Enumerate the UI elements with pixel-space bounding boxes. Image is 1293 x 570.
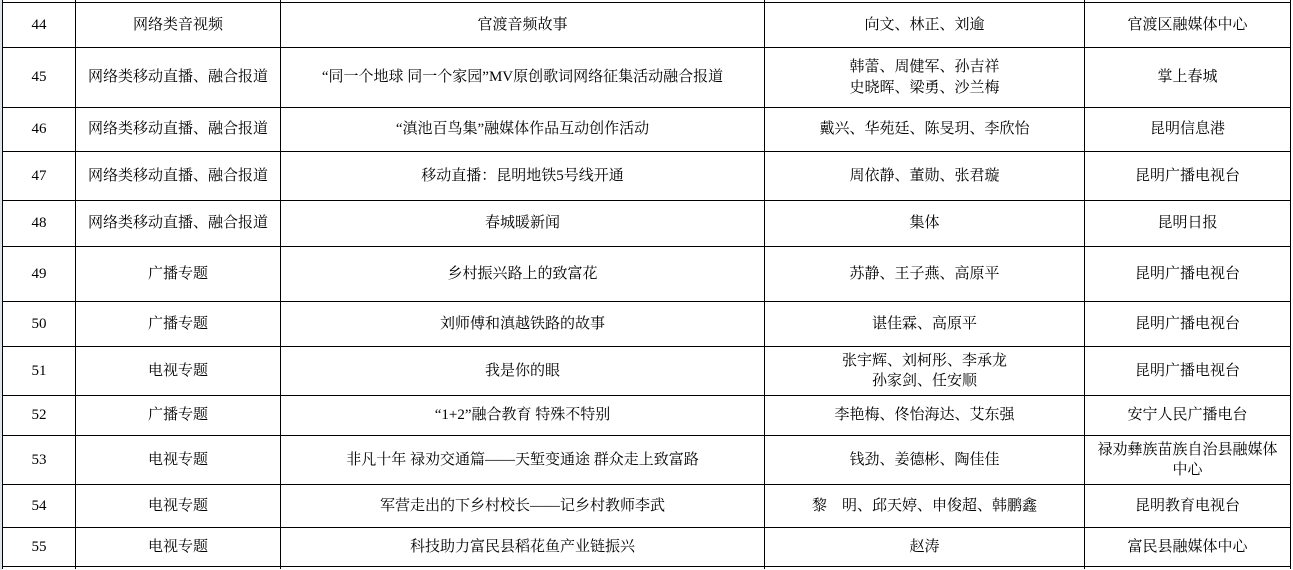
title-cell: 军营走出的下乡村校长——记乡村教师李武 xyxy=(281,485,765,528)
table-row: 55 电视专题 科技助力富民县稻花鱼产业链振兴 赵涛 富民县融媒体中心 xyxy=(3,528,1291,567)
authors-cell: 戴兴、华苑廷、陈旻玥、李欣怡 xyxy=(765,108,1085,152)
row-number-cell: 46 xyxy=(3,108,76,152)
org-cell: 禄劝彝族苗族自治县融媒体中心 xyxy=(1085,436,1291,485)
org-cell: 昆明教育电视台 xyxy=(1085,485,1291,528)
org-cell: 昆明日报 xyxy=(1085,201,1291,247)
title-cell: “1+2”融合教育 特殊不特别 xyxy=(281,396,765,436)
row-number-cell: 44 xyxy=(3,3,76,48)
category-cell: 网络类移动直播、融合报道 xyxy=(76,152,281,201)
title-cell: 官渡音频故事 xyxy=(281,3,765,48)
partial-cell xyxy=(3,567,76,570)
row-number-cell: 50 xyxy=(3,302,76,347)
row-number-cell: 55 xyxy=(3,528,76,567)
row-number-cell: 52 xyxy=(3,396,76,436)
row-number-cell: 49 xyxy=(3,247,76,302)
authors-cell: 谌佳霖、高原平 xyxy=(765,302,1085,347)
row-number-cell: 53 xyxy=(3,436,76,485)
row-number-cell: 54 xyxy=(3,485,76,528)
row-number-cell: 51 xyxy=(3,347,76,396)
category-cell: 电视专题 xyxy=(76,485,281,528)
row-number-cell: 47 xyxy=(3,152,76,201)
table-row: 51 电视专题 我是你的眼 张宇辉、刘柯彤、李承龙 孙家剑、任安顺 昆明广播电视… xyxy=(3,347,1291,396)
category-cell: 广播专题 xyxy=(76,302,281,347)
title-cell: 乡村振兴路上的致富花 xyxy=(281,247,765,302)
partial-cell xyxy=(1085,567,1291,570)
category-cell: 电视专题 xyxy=(76,528,281,567)
partial-cell xyxy=(76,567,281,570)
title-cell: 我是你的眼 xyxy=(281,347,765,396)
title-cell: “同一个地球 同一个家园”MV原创歌词网络征集活动融合报道 xyxy=(281,48,765,108)
category-cell: 电视专题 xyxy=(76,347,281,396)
table-row: 50 广播专题 刘师傅和滇越铁路的故事 谌佳霖、高原平 昆明广播电视台 xyxy=(3,302,1291,347)
authors-cell: 韩蕾、周健军、孙吉祥 史晓晖、梁勇、沙兰梅 xyxy=(765,48,1085,108)
category-cell: 电视专题 xyxy=(76,436,281,485)
org-cell: 安宁人民广播电台 xyxy=(1085,396,1291,436)
org-cell: 昆明广播电视台 xyxy=(1085,247,1291,302)
title-cell: 刘师傅和滇越铁路的故事 xyxy=(281,302,765,347)
org-cell: 昆明信息港 xyxy=(1085,108,1291,152)
table-row: 53 电视专题 非凡十年 禄劝交通篇——天堑变通途 群众走上致富路 钱劲、姜德彬… xyxy=(3,436,1291,485)
title-cell: 春城暖新闻 xyxy=(281,201,765,247)
title-cell: 非凡十年 禄劝交通篇——天堑变通途 群众走上致富路 xyxy=(281,436,765,485)
authors-cell: 赵涛 xyxy=(765,528,1085,567)
title-cell: 移动直播：昆明地铁5号线开通 xyxy=(281,152,765,201)
table-row: 46 网络类移动直播、融合报道 “滇池百鸟集”融媒体作品互动创作活动 戴兴、华苑… xyxy=(3,108,1291,152)
category-cell: 网络类移动直播、融合报道 xyxy=(76,48,281,108)
authors-cell: 集体 xyxy=(765,201,1085,247)
org-cell: 富民县融媒体中心 xyxy=(1085,528,1291,567)
table-row: 52 广播专题 “1+2”融合教育 特殊不特别 李艳梅、佟怡海达、艾东强 安宁人… xyxy=(3,396,1291,436)
title-cell: 科技助力富民县稻花鱼产业链振兴 xyxy=(281,528,765,567)
category-cell: 网络类音视频 xyxy=(76,3,281,48)
table-row: 45 网络类移动直播、融合报道 “同一个地球 同一个家园”MV原创歌词网络征集活… xyxy=(3,48,1291,108)
org-cell: 昆明广播电视台 xyxy=(1085,152,1291,201)
awards-table: 44 网络类音视频 官渡音频故事 向文、林正、刘逾 官渡区融媒体中心 45 网络… xyxy=(2,0,1291,569)
partial-row-below xyxy=(3,567,1291,570)
authors-cell: 向文、林正、刘逾 xyxy=(765,3,1085,48)
category-cell: 广播专题 xyxy=(76,396,281,436)
table-body: 44 网络类音视频 官渡音频故事 向文、林正、刘逾 官渡区融媒体中心 45 网络… xyxy=(3,0,1291,569)
authors-cell: 苏静、王子燕、高原平 xyxy=(765,247,1085,302)
authors-cell: 周依静、董勋、张君璇 xyxy=(765,152,1085,201)
authors-cell: 钱劲、姜德彬、陶佳佳 xyxy=(765,436,1085,485)
category-cell: 网络类移动直播、融合报道 xyxy=(76,201,281,247)
authors-cell: 张宇辉、刘柯彤、李承龙 孙家剑、任安顺 xyxy=(765,347,1085,396)
category-cell: 广播专题 xyxy=(76,247,281,302)
table-row: 48 网络类移动直播、融合报道 春城暖新闻 集体 昆明日报 xyxy=(3,201,1291,247)
category-cell: 网络类移动直播、融合报道 xyxy=(76,108,281,152)
row-number-cell: 45 xyxy=(3,48,76,108)
table-row: 49 广播专题 乡村振兴路上的致富花 苏静、王子燕、高原平 昆明广播电视台 xyxy=(3,247,1291,302)
table-row: 54 电视专题 军营走出的下乡村校长——记乡村教师李武 黎 明、邱天婷、申俊超、… xyxy=(3,485,1291,528)
org-cell: 昆明广播电视台 xyxy=(1085,347,1291,396)
partial-cell xyxy=(765,567,1085,570)
org-cell: 掌上春城 xyxy=(1085,48,1291,108)
title-cell: “滇池百鸟集”融媒体作品互动创作活动 xyxy=(281,108,765,152)
authors-cell: 黎 明、邱天婷、申俊超、韩鹏鑫 xyxy=(765,485,1085,528)
org-cell: 昆明广播电视台 xyxy=(1085,302,1291,347)
table-row: 47 网络类移动直播、融合报道 移动直播：昆明地铁5号线开通 周依静、董勋、张君… xyxy=(3,152,1291,201)
row-number-cell: 48 xyxy=(3,201,76,247)
org-cell: 官渡区融媒体中心 xyxy=(1085,3,1291,48)
table-row: 44 网络类音视频 官渡音频故事 向文、林正、刘逾 官渡区融媒体中心 xyxy=(3,3,1291,48)
authors-cell: 李艳梅、佟怡海达、艾东强 xyxy=(765,396,1085,436)
partial-cell xyxy=(281,567,765,570)
